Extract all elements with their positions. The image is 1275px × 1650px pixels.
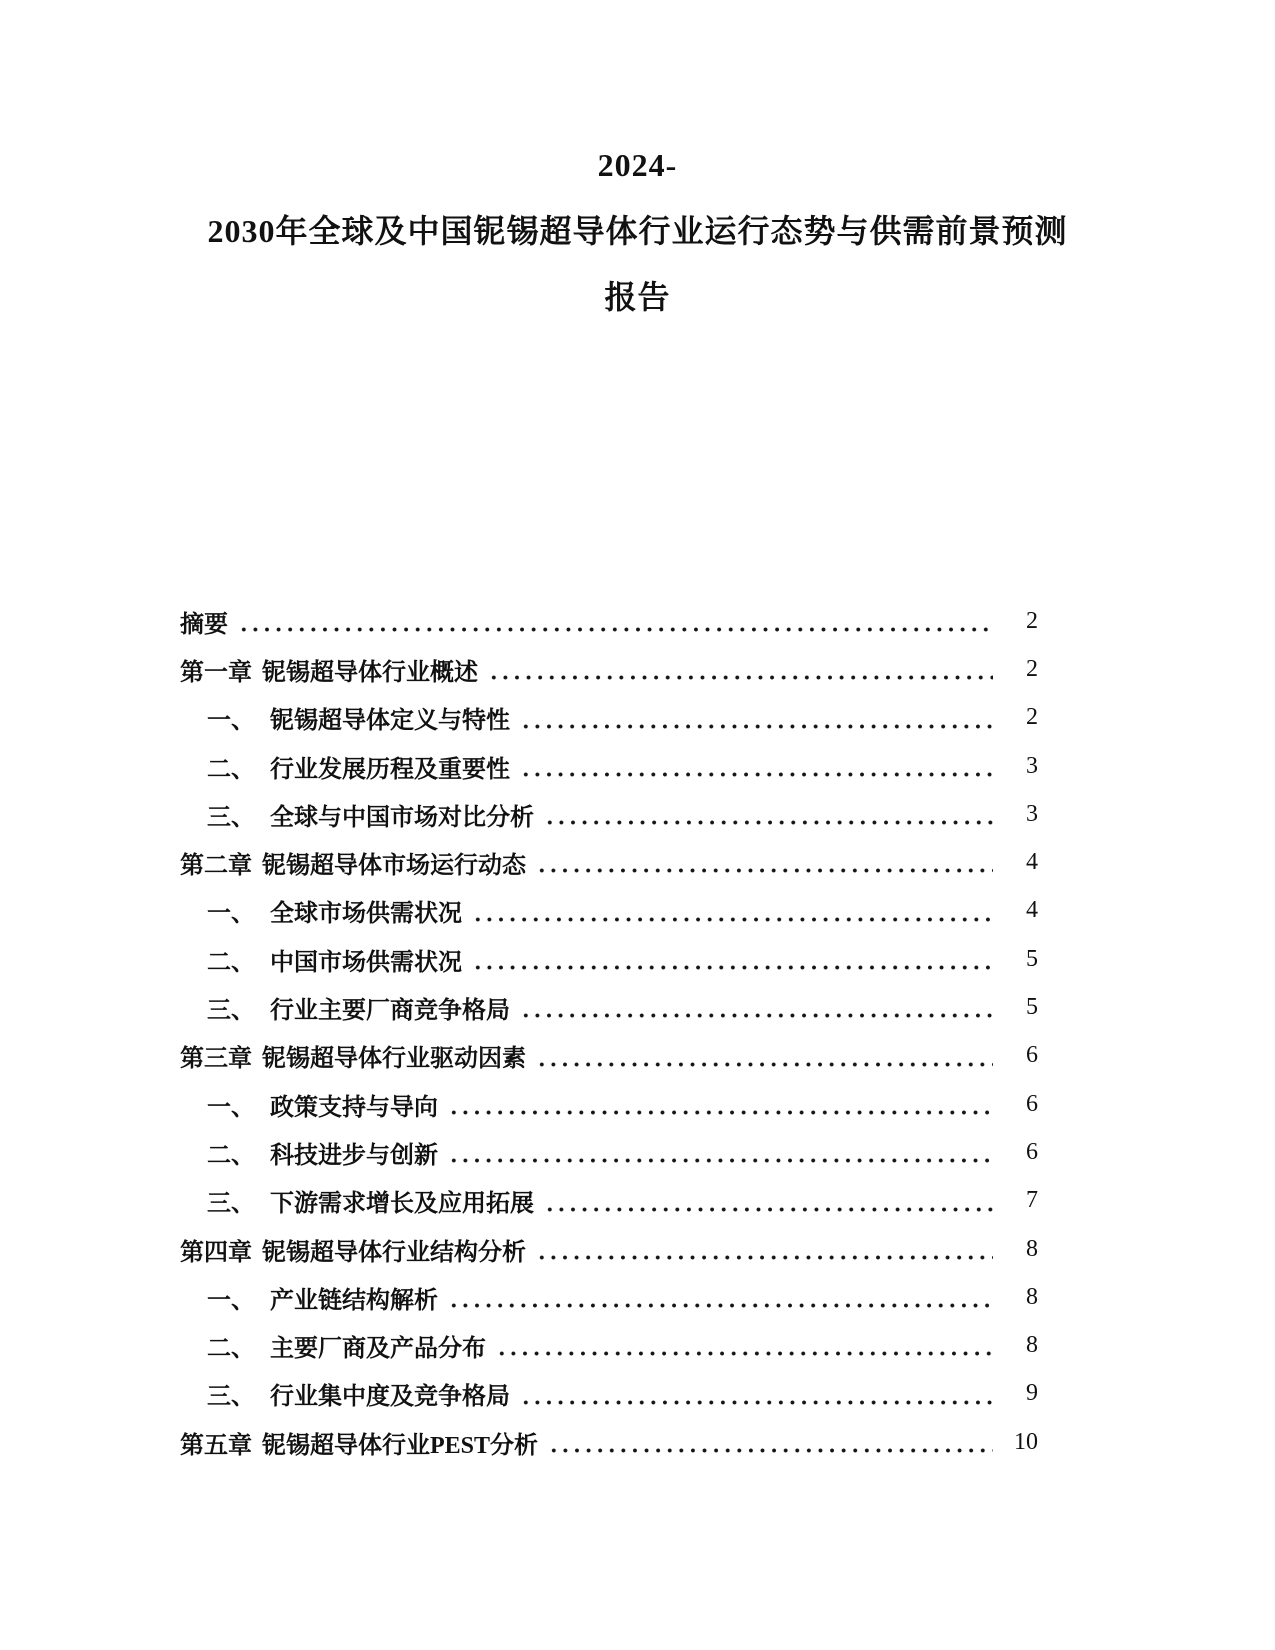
dot-leader	[486, 645, 993, 693]
report-title-line2: 2030年全球及中国铌锡超导体行业运行态势与供需前景预测	[140, 198, 1135, 264]
dot-leader	[546, 1418, 993, 1466]
toc-entry: 第二章铌锡超导体市场运行动态4	[180, 838, 1038, 886]
dot-leader	[518, 694, 993, 742]
toc-entry-number: 第二章	[180, 845, 252, 880]
toc-entry-number: 一、	[207, 1087, 255, 1122]
toc-entry-number: 第三章	[180, 1038, 252, 1073]
toc-entry-page: 8	[998, 1332, 1038, 1359]
toc-entry-page: 4	[998, 849, 1038, 876]
toc-entry-page: 6	[998, 1042, 1038, 1069]
dot-leader	[236, 597, 993, 645]
toc-entry-page: 8	[998, 1284, 1038, 1311]
toc-entry: 一、产业链结构解析8	[180, 1273, 1038, 1321]
toc-entry-page: 2	[998, 704, 1038, 731]
toc-entry-number: 三、	[207, 1376, 255, 1411]
toc-entry-title: 摘要	[180, 604, 228, 639]
dot-leader	[518, 742, 993, 790]
toc-entry-page: 7	[998, 1187, 1038, 1214]
toc-entry: 第一章铌锡超导体行业概述2	[180, 645, 1038, 693]
toc-entry-title: 铌锡超导体行业概述	[262, 652, 478, 687]
toc-entry-title: 铌锡超导体行业结构分析	[262, 1232, 526, 1267]
toc-entry: 二、中国市场供需状况5	[180, 935, 1038, 983]
toc-entry-title: 科技进步与创新	[270, 1135, 438, 1170]
report-title-line1: 2024-	[140, 132, 1135, 198]
toc-entry-page: 2	[998, 608, 1038, 635]
toc-entry-page: 5	[998, 994, 1038, 1021]
dot-leader	[494, 1321, 993, 1369]
toc-entry: 三、行业主要厂商竞争格局5	[180, 983, 1038, 1031]
toc-entry-page: 2	[998, 656, 1038, 683]
toc-entry-page: 6	[998, 1139, 1038, 1166]
toc-entry: 二、主要厂商及产品分布8	[180, 1321, 1038, 1369]
toc-entry-title: 政策支持与导向	[270, 1087, 438, 1122]
toc-entry: 第三章铌锡超导体行业驱动因素6	[180, 1032, 1038, 1080]
toc-entry-page: 8	[998, 1236, 1038, 1263]
toc-entry-number: 一、	[207, 893, 255, 928]
dot-leader	[470, 935, 993, 983]
report-title-line3: 报告	[140, 264, 1135, 330]
toc-entry-number: 三、	[207, 1183, 255, 1218]
table-of-contents: 摘要2第一章铌锡超导体行业概述2一、铌锡超导体定义与特性2二、行业发展历程及重要…	[180, 597, 1038, 1466]
toc-entry-number: 二、	[207, 1135, 255, 1170]
toc-entry: 二、行业发展历程及重要性3	[180, 742, 1038, 790]
toc-entry: 摘要2	[180, 597, 1038, 645]
toc-entry: 第五章铌锡超导体行业PEST分析10	[180, 1418, 1038, 1466]
dot-leader	[518, 983, 993, 1031]
toc-entry-number: 第一章	[180, 652, 252, 687]
toc-entry-number: 一、	[207, 700, 255, 735]
toc-entry-page: 3	[998, 753, 1038, 780]
report-title: 2024- 2030年全球及中国铌锡超导体行业运行态势与供需前景预测 报告	[140, 132, 1135, 330]
dot-leader	[534, 1032, 993, 1080]
dot-leader	[534, 838, 993, 886]
toc-entry-number: 三、	[207, 990, 255, 1025]
toc-entry: 一、铌锡超导体定义与特性2	[180, 694, 1038, 742]
dot-leader	[534, 1225, 993, 1273]
toc-entry-title: 全球与中国市场对比分析	[270, 797, 534, 832]
toc-entry-title: 铌锡超导体定义与特性	[270, 700, 510, 735]
toc-entry-number: 二、	[207, 1328, 255, 1363]
toc-entry-number: 第五章	[180, 1425, 252, 1460]
toc-entry: 二、科技进步与创新6	[180, 1128, 1038, 1176]
toc-entry-title: 产业链结构解析	[270, 1280, 438, 1315]
toc-entry-page: 3	[998, 801, 1038, 828]
document-page: 2024- 2030年全球及中国铌锡超导体行业运行态势与供需前景预测 报告 摘要…	[0, 0, 1275, 1650]
toc-entry-title: 全球市场供需状况	[270, 893, 462, 928]
toc-entry-page: 9	[998, 1380, 1038, 1407]
dot-leader	[542, 790, 993, 838]
toc-entry-title: 铌锡超导体行业PEST分析	[262, 1425, 538, 1460]
toc-entry-number: 一、	[207, 1280, 255, 1315]
toc-entry-title: 行业集中度及竞争格局	[270, 1376, 510, 1411]
toc-entry-title: 铌锡超导体市场运行动态	[262, 845, 526, 880]
toc-entry-number: 第四章	[180, 1232, 252, 1267]
toc-entry-title: 中国市场供需状况	[270, 942, 462, 977]
dot-leader	[470, 887, 993, 935]
toc-entry-title: 行业主要厂商竞争格局	[270, 990, 510, 1025]
toc-entry-title: 行业发展历程及重要性	[270, 749, 510, 784]
dot-leader	[518, 1370, 993, 1418]
toc-entry-page: 4	[998, 897, 1038, 924]
toc-entry-title: 铌锡超导体行业驱动因素	[262, 1038, 526, 1073]
toc-entry: 三、行业集中度及竞争格局9	[180, 1370, 1038, 1418]
dot-leader	[542, 1177, 993, 1225]
dot-leader	[446, 1080, 993, 1128]
toc-entry-title: 主要厂商及产品分布	[270, 1328, 486, 1363]
toc-entry: 三、下游需求增长及应用拓展7	[180, 1177, 1038, 1225]
toc-entry-page: 10	[998, 1429, 1038, 1456]
toc-entry-page: 5	[998, 946, 1038, 973]
toc-entry-number: 二、	[207, 749, 255, 784]
toc-entry-page: 6	[998, 1091, 1038, 1118]
dot-leader	[446, 1273, 993, 1321]
toc-entry: 三、全球与中国市场对比分析3	[180, 790, 1038, 838]
toc-entry: 第四章铌锡超导体行业结构分析8	[180, 1225, 1038, 1273]
toc-entry: 一、全球市场供需状况4	[180, 887, 1038, 935]
toc-entry-title: 下游需求增长及应用拓展	[270, 1183, 534, 1218]
toc-entry-number: 三、	[207, 797, 255, 832]
toc-entry: 一、政策支持与导向6	[180, 1080, 1038, 1128]
dot-leader	[446, 1128, 993, 1176]
toc-entry-number: 二、	[207, 942, 255, 977]
